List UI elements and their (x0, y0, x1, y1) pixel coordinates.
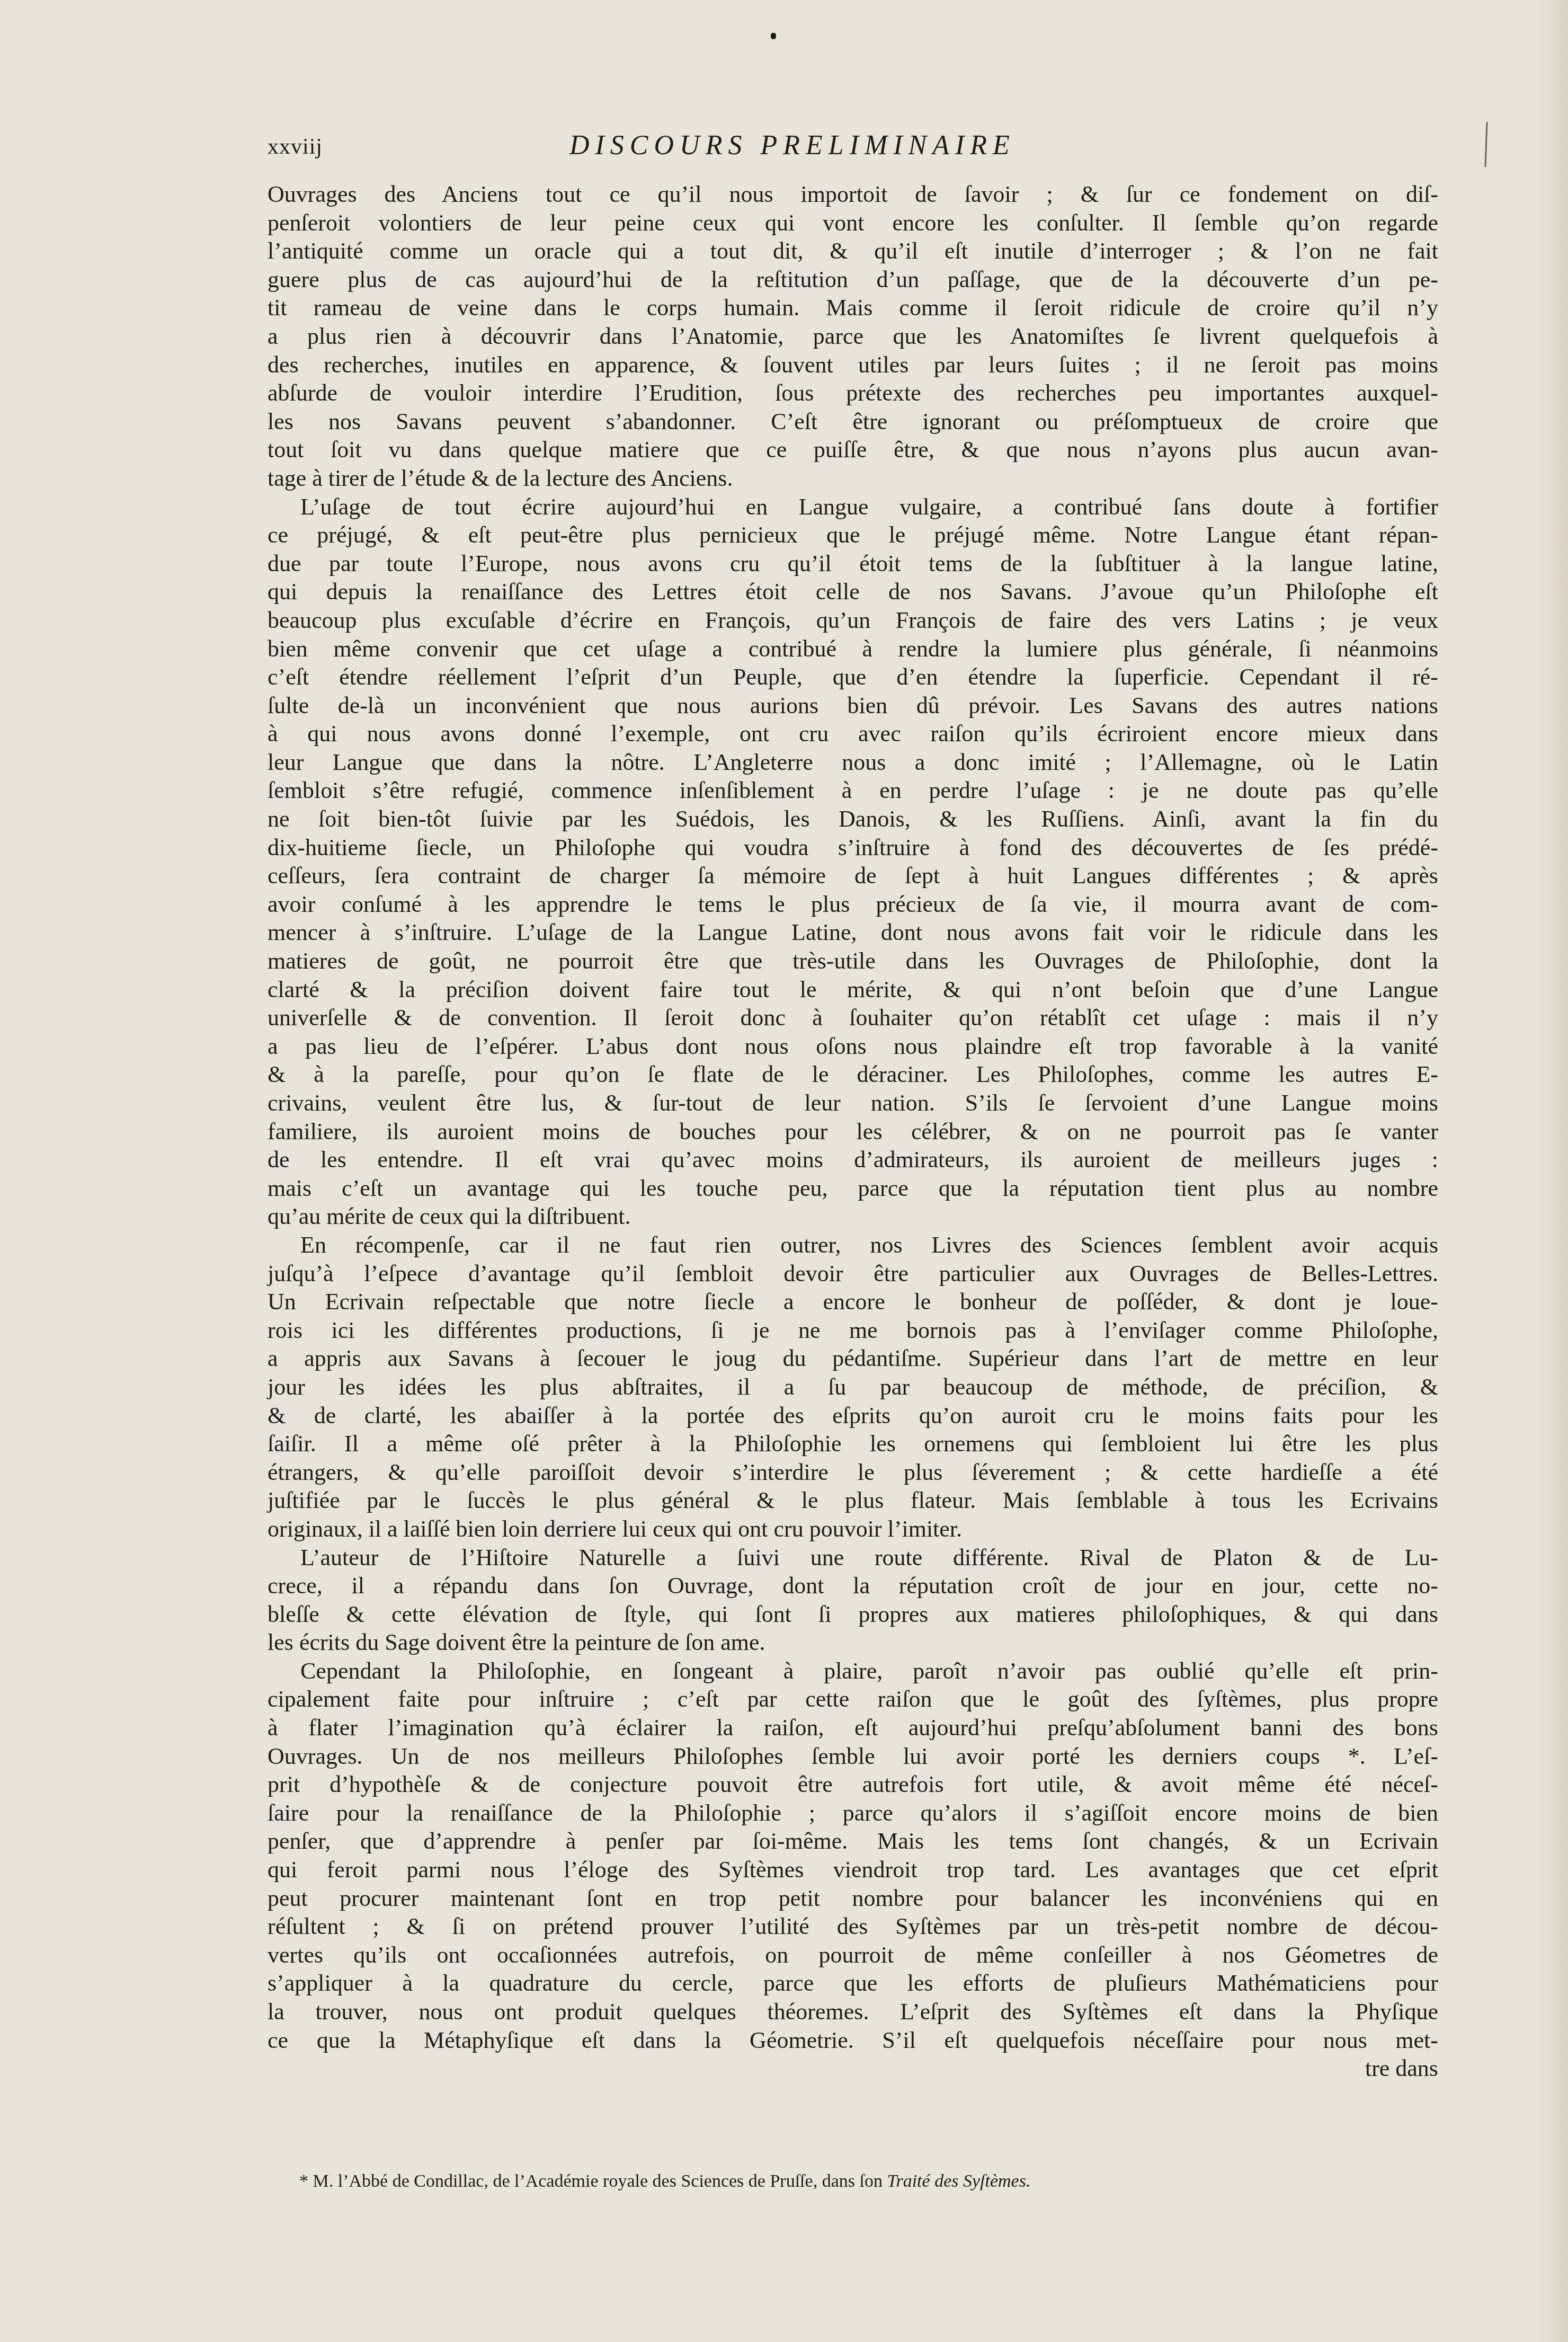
text-line: rois ici les différentes productions, ſi… (268, 1316, 1438, 1345)
text-line: c’eſt étendre réellement l’eſprit d’un P… (268, 663, 1438, 691)
ink-speck (771, 33, 776, 39)
text-line: ne ſoit bien-tôt ſuivie par les Suédois,… (268, 805, 1438, 833)
text-line: les nos Savans peuvent s’abandonner. C’e… (268, 407, 1438, 436)
text-line: a appris aux Savans à ſecouer le joug du… (268, 1344, 1438, 1373)
paragraph: Ouvrages des Anciens tout ce qu’il nous … (268, 180, 1438, 493)
text-line: prit d’hypothèſe & de conjecture pouvoit… (268, 1770, 1438, 1799)
text-line: leur Langue que dans la nôtre. L’Anglete… (268, 748, 1438, 777)
text-line: a pas lieu de l’eſpérer. L’abus dont nou… (268, 1032, 1438, 1061)
text-line: & à la pareſſe, pour qu’on ſe flate de l… (268, 1060, 1438, 1089)
text-line: qui depuis la renaiſſance des Lettres ét… (268, 578, 1438, 606)
text-line: la trouver, nous ont produit quelques th… (268, 1998, 1438, 2026)
text-line: vertes qu’ils ont occaſionnées autrefois… (268, 1941, 1438, 1970)
paragraph: L’uſage de tout écrire aujourd’hui en La… (268, 493, 1438, 1231)
text-line: ſembloit s’être refugié, commence inſenſ… (268, 776, 1438, 805)
page-header: xxviij DISCOURS PRELIMINAIRE (268, 130, 1438, 167)
text-line: l’antiquité comme un oracle qui a tout d… (268, 237, 1438, 265)
paragraph: Cependant la Philoſophie, en ſongeant à … (268, 1657, 1438, 2054)
text-line: penſeroit volontiers de leur peine ceux … (268, 209, 1438, 237)
paragraph: L’auteur de l’Hiſtoire Naturelle a ſuivi… (268, 1543, 1438, 1657)
running-title: DISCOURS PRELIMINAIRE (569, 130, 1015, 161)
text-line: de les entendre. Il eſt vrai qu’avec moi… (268, 1146, 1438, 1174)
text-line: avoir conſumé à les apprendre le tems le… (268, 890, 1438, 919)
text-line: ceſſeurs, ſera contraint de charger ſa m… (268, 862, 1438, 890)
text-line: guere plus de cas aujourd’hui de la reſt… (268, 265, 1438, 294)
text-line: matieres de goût, ne pourroit être que t… (268, 947, 1438, 975)
text-line: cipalement faite pour inſtruire ; c’eſt … (268, 1685, 1438, 1714)
text-line: originaux, il a laiſſé bien loin derrier… (268, 1515, 1438, 1543)
page-number: xxviij (268, 134, 323, 159)
text-line: L’uſage de tout écrire aujourd’hui en La… (268, 493, 1438, 521)
text-line: ſaiſir. Il a même oſé prêter à la Philoſ… (268, 1430, 1438, 1458)
text-line: a plus rien à découvrir dans l’Anatomie,… (268, 322, 1438, 351)
text-line: bien même convenir que cet uſage a contr… (268, 635, 1438, 663)
text-line: bleſſe & cette élévation de ſtyle, qui ſ… (268, 1600, 1438, 1629)
footnote-text: * M. l’Abbé de Condillac, de l’Académie … (299, 2171, 883, 2191)
text-line: juſqu’à l’eſpece d’avantage qu’il ſemblo… (268, 1259, 1438, 1288)
text-line: familiere, ils auroient moins de bouches… (268, 1117, 1438, 1146)
text-line: Ouvrages. Un de nos meilleurs Philoſophe… (268, 1742, 1438, 1771)
text-line: crivains, veulent être lus, & ſur-tout d… (268, 1089, 1438, 1117)
text-line: qu’au mérite de ceux qui la diſtribuent. (268, 1202, 1438, 1231)
text-line: univerſelle & de convention. Il ſeroit d… (268, 1004, 1438, 1032)
text-line: réſultent ; & ſi on prétend prouver l’ut… (268, 1912, 1438, 1941)
text-line: penſer, que d’apprendre à penſer par ſoi… (268, 1827, 1438, 1856)
page-edge-shadow (1536, 0, 1568, 2342)
text-line: tout ſoit vu dans quelque matiere que ce… (268, 436, 1438, 464)
text-line: juſtifiée par le ſuccès le plus général … (268, 1486, 1438, 1515)
text-line: mais c’eſt un avantage qui les touche pe… (268, 1174, 1438, 1203)
text-line: à qui nous avons donné l’exemple, ont cr… (268, 720, 1438, 748)
text-line: étrangers, & qu’elle paroiſſoit devoir s… (268, 1458, 1438, 1487)
footnote-title: Traité des Syſtèmes. (887, 2171, 1030, 2191)
text-line: clarté & la préciſion doivent faire tout… (268, 975, 1438, 1004)
text-line: s’appliquer à la quadrature du cercle, p… (268, 1969, 1438, 1998)
text-line: ce préjugé, & eſt peut-être plus pernici… (268, 521, 1438, 549)
paragraph: En récompenſe, car il ne faut rien outre… (268, 1231, 1438, 1543)
text-line: En récompenſe, car il ne faut rien outre… (268, 1231, 1438, 1259)
text-line: crece, il a répandu dans ſon Ouvrage, do… (268, 1572, 1438, 1600)
text-line: à flater l’imagination qu’à éclairer la … (268, 1714, 1438, 1742)
text-line: des recherches, inutiles en apparence, &… (268, 351, 1438, 379)
text-line: tit rameau de veine dans le corps humain… (268, 294, 1438, 322)
margin-mark (1485, 122, 1488, 167)
text-line: qui feroit parmi nous l’éloge des Syſtèm… (268, 1856, 1438, 1884)
text-line: mencer à s’inſtruire. L’uſage de la Lang… (268, 918, 1438, 947)
text-line: Ouvrages des Anciens tout ce qu’il nous … (268, 180, 1438, 209)
text-line: beaucoup plus excuſable d’écrire en Fran… (268, 606, 1438, 635)
text-line: & de clarté, les abaiſſer à la portée de… (268, 1401, 1438, 1430)
text-line: ſulte de-là un inconvénient que nous aur… (268, 691, 1438, 720)
text-line: jour les idées les plus abſtraites, il a… (268, 1373, 1438, 1401)
footnote: * M. l’Abbé de Condillac, de l’Académie … (299, 2171, 1030, 2192)
text-line: dix-huitieme ſiecle, un Philoſophe qui v… (268, 833, 1438, 862)
text-line: L’auteur de l’Hiſtoire Naturelle a ſuivi… (268, 1543, 1438, 1572)
text-line: Cependant la Philoſophie, en ſongeant à … (268, 1657, 1438, 1685)
body-text: Ouvrages des Anciens tout ce qu’il nous … (268, 180, 1438, 2083)
text-line: abſurde de vouloir interdire l’Erudition… (268, 379, 1438, 407)
text-line: ce que la Métaphyſique eſt dans la Géome… (268, 2026, 1438, 2055)
text-line: les écrits du Sage doivent être la peint… (268, 1628, 1438, 1657)
text-line: tage à tirer de l’étude & de la lecture … (268, 464, 1438, 493)
text-line: ſaire pour la renaiſſance de la Philoſop… (268, 1799, 1438, 1828)
text-line: peut procurer maintenant ſont en trop pe… (268, 1884, 1438, 1913)
catchword: tre dans (268, 2054, 1438, 2083)
text-line: Un Ecrivain reſpectable que notre ſiecle… (268, 1288, 1438, 1316)
text-line: due par toute l’Europe, nous avons cru q… (268, 549, 1438, 578)
